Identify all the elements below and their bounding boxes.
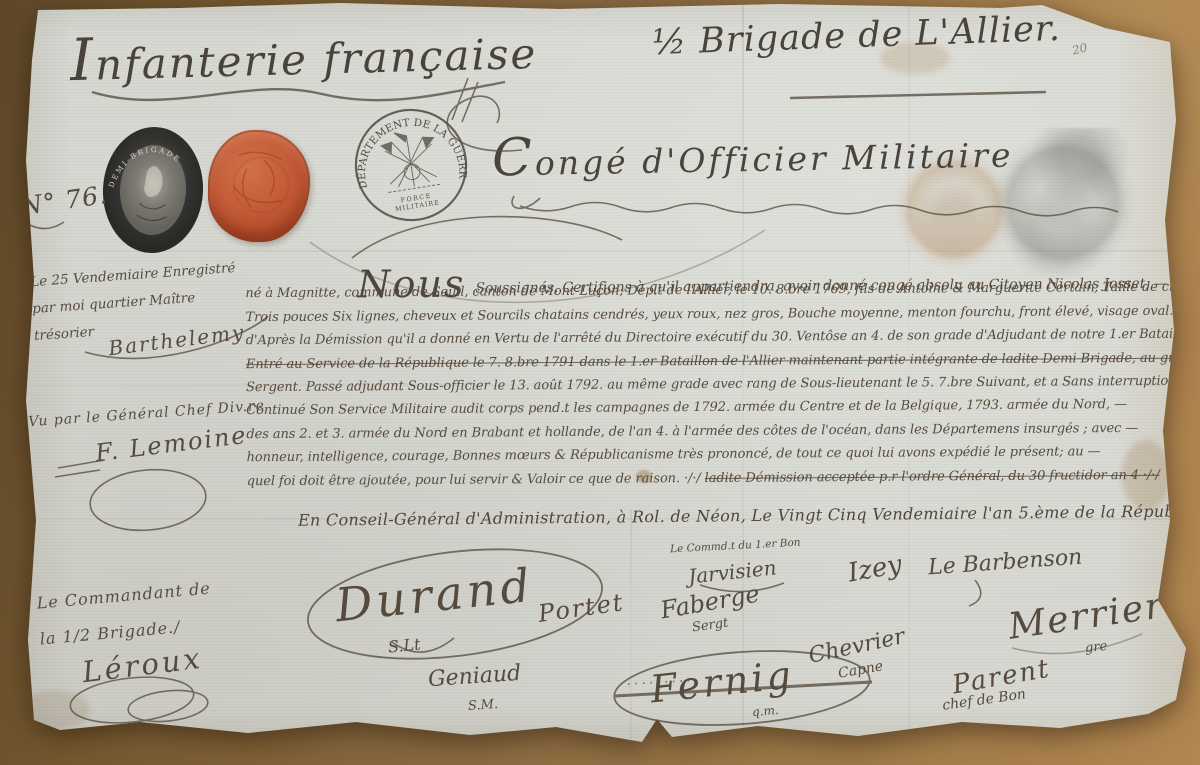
signature-general-lemoine: F. Lemoine xyxy=(94,421,249,467)
signature-izey: Izey xyxy=(846,550,904,589)
stain-bottom-left xyxy=(20,690,90,730)
signature-geniaud: Geniaud xyxy=(427,661,522,692)
signature-fernig-title: q.m. xyxy=(751,703,779,719)
body-text: NousSoussignés, Certifions à qu'il appar… xyxy=(245,257,1159,497)
body-line-10-text: quel foi doit être ajoutée, pour lui ser… xyxy=(247,470,705,488)
closing-council-line: En Conseil-Général d'Administration, à R… xyxy=(298,501,1200,530)
war-department-stamp: DÉPARTEMENT DE LA GUERRE FORCE MILITAIRE xyxy=(343,97,478,232)
wax-impression-icon xyxy=(208,130,310,242)
flags-trophy-icon xyxy=(379,127,441,193)
corner-pencil-note: 20 xyxy=(1071,40,1089,57)
document-title: Congé d'Officier Militaire xyxy=(492,119,1014,188)
body-line-10-struck: ladite Démission acceptée p.r l'ordre Gé… xyxy=(705,467,1160,485)
photo-scene: Infanterie française ½ Brigade de L'Alli… xyxy=(0,0,1200,765)
black-brigade-seal: DEMI-BRIGADE xyxy=(97,121,210,258)
signature-geniaud-title: S.M. xyxy=(468,697,499,714)
lemoine-oval xyxy=(88,465,209,535)
barbenson-paraph xyxy=(969,580,981,606)
signature-barbenson: Le Barbenson xyxy=(927,545,1083,581)
red-wax-seal xyxy=(208,130,310,242)
number-underline xyxy=(28,222,64,229)
header-brigade: ½ Brigade de L'Allier. xyxy=(651,9,1061,63)
title-squiggle-underline xyxy=(520,203,1118,216)
registry-number: N° 76. xyxy=(18,180,109,221)
signature-durand: Durand xyxy=(333,558,537,633)
signature-merrier: Merrier xyxy=(1006,585,1167,647)
paper-shadow-wrap: Infanterie française ½ Brigade de L'Alli… xyxy=(0,0,1200,765)
signature-durand-title: S.Lt xyxy=(387,634,421,656)
body-line-10: quel foi doit être ajoutée, pour lui ser… xyxy=(247,467,1159,497)
leroux-loop-2 xyxy=(127,687,210,725)
fold-crease-vertical-3 xyxy=(630,510,632,765)
commander-battalion-note: Le Commd.t du 1.er Bon xyxy=(670,537,801,556)
header-infanterie: Infanterie française xyxy=(69,14,538,94)
title-squiggle-loop xyxy=(512,196,540,208)
signature-merrier-title: gre xyxy=(1084,639,1108,656)
signature-portet: Portet xyxy=(536,588,626,628)
document-paper: Infanterie française ½ Brigade de L'Alli… xyxy=(0,0,1200,765)
svg-text:DÉPARTEMENT DE LA GUERRE: DÉPARTEMENT DE LA GUERRE xyxy=(343,97,470,198)
war-stamp-arc-text: DÉPARTEMENT DE LA GUERRE xyxy=(343,97,470,198)
brigade-underline xyxy=(790,92,1046,98)
